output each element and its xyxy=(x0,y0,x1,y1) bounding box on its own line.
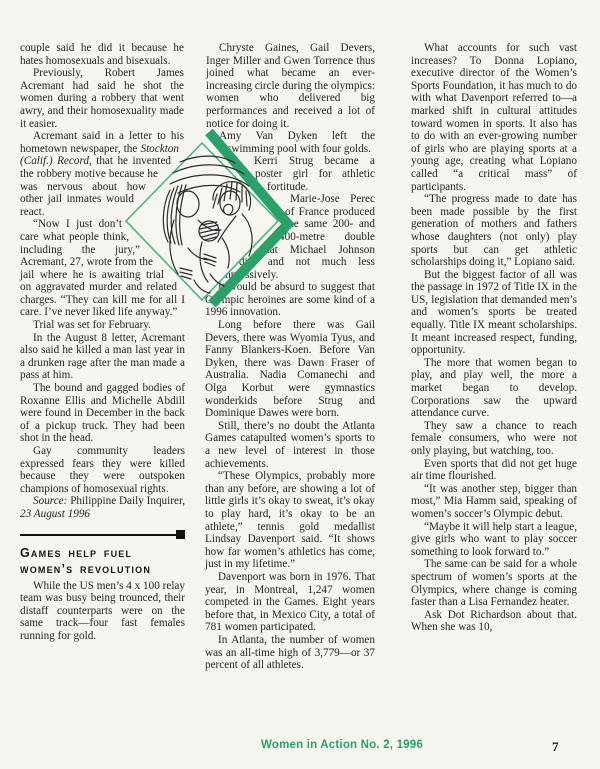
paragraph: In Atlanta, the number of women was an a… xyxy=(205,634,375,672)
paragraph: Chryste Gaines, Gail Devers, Inger Mille… xyxy=(205,42,375,130)
paragraph: “These Olympics, probably more than any … xyxy=(205,470,375,571)
family-line-art-svg xyxy=(118,128,296,312)
source-line: Source: Philippine Daily Inquirer, 23 Au… xyxy=(20,495,185,520)
paragraph: couple said he did it because he hates h… xyxy=(20,42,185,67)
paragraph: The same can be said for a whole spectru… xyxy=(411,558,577,608)
source-date: 23 August 1996 xyxy=(20,508,90,520)
diamond-outline xyxy=(126,143,278,300)
footer-page-number: 7 xyxy=(552,739,559,755)
paragraph: Still, there’s no doubt the Atlanta Game… xyxy=(205,420,375,470)
paragraph: While the US men’s 4 x 100 relay team wa… xyxy=(20,580,185,643)
magazine-page: couple said he did it because he hates h… xyxy=(0,0,600,769)
paragraph: “The progress made to date has been made… xyxy=(411,193,577,269)
paragraph: Previously, Robert James Acremant had sa… xyxy=(20,67,185,130)
source-publication: Philippine Daily Inquirer, xyxy=(67,495,185,507)
section-divider xyxy=(20,534,185,536)
paragraph: Gay community leaders expressed fears th… xyxy=(20,445,185,495)
paragraph: “Maybe it will help start a league, give… xyxy=(411,521,577,559)
paragraph: But the biggest factor of all was the pa… xyxy=(411,269,577,357)
paragraph: Trial was set for February. xyxy=(20,319,185,332)
paragraph: They saw a chance to reach female consum… xyxy=(411,420,577,458)
women-illustration xyxy=(118,128,296,312)
paragraph: The bound and gagged bodies of Roxanne E… xyxy=(20,382,185,445)
paragraph: The more that women began to play, and p… xyxy=(411,357,577,420)
section-heading: Games help fuel women’s revolution xyxy=(20,545,185,577)
divider-square-icon xyxy=(176,530,185,539)
source-label: Source: xyxy=(33,495,67,507)
paragraph: What accounts for such vast increases? T… xyxy=(411,42,577,193)
text-columns: couple said he did it because he hates h… xyxy=(20,42,577,672)
paragraph: Even sports that did not get huge air ti… xyxy=(411,458,577,483)
column-right: What accounts for such vast increases? T… xyxy=(411,42,577,672)
paragraph: Ask Dot Richardson about that. When she … xyxy=(411,609,577,634)
paragraph: In the August 8 letter, Acremant also sa… xyxy=(20,332,185,382)
paragraph: “It was another step, bigger than most,”… xyxy=(411,483,577,521)
page-footer: Women in Action No. 2, 1996 7 xyxy=(0,739,600,759)
paragraph: Davenport was born in 1976. That year, i… xyxy=(205,571,375,634)
footer-journal-title: Women in Action No. 2, 1996 xyxy=(261,739,423,751)
paragraph: Long before there was Gail Devers, there… xyxy=(205,319,375,420)
